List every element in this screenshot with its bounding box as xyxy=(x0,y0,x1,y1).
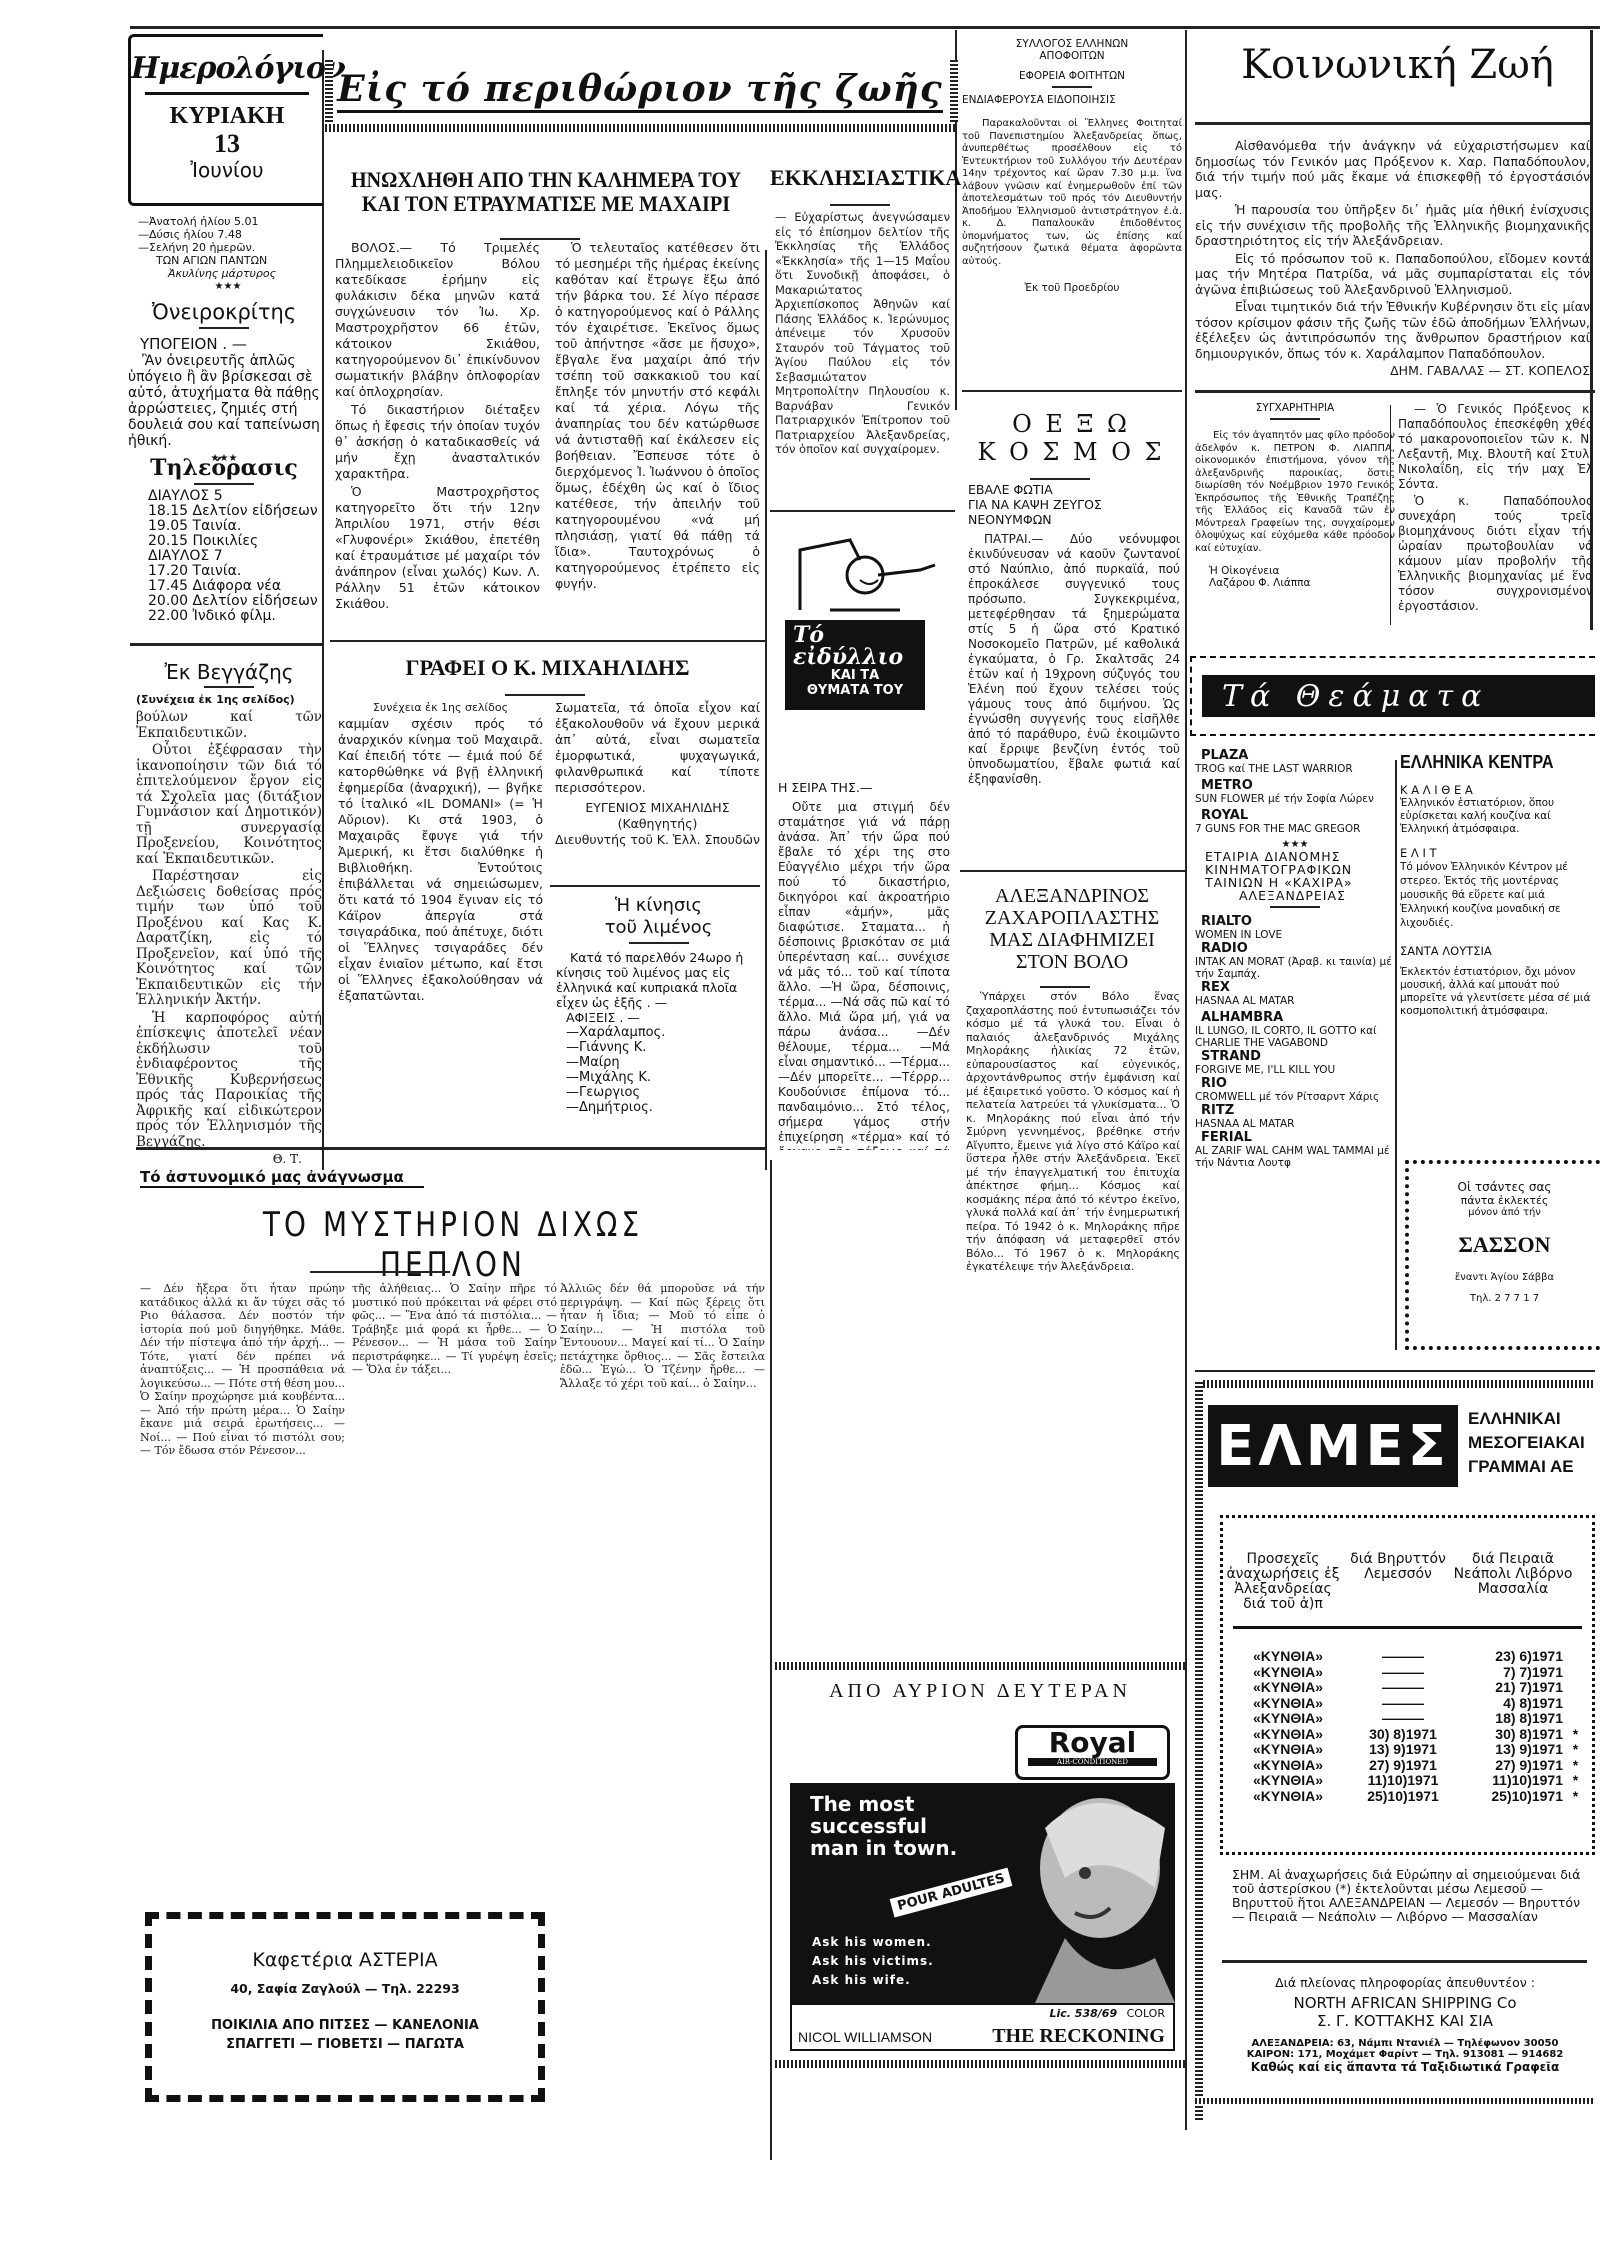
film-tagline: The most successful man in town. xyxy=(810,1793,957,1859)
outer-world-text: ΠΑΤΡΑΙ.— Δύο νεόνυμφοι ἐκινδύνευσαν νά κ… xyxy=(968,532,1180,787)
column-rule xyxy=(1390,405,1391,625)
org-name: ΣΥΛΛΟΓΟΣ ΕΛΛΗΝΩΝ ΑΠΟΦΟΙΤΩΝ xyxy=(962,38,1182,62)
congratulations: ΣΥΓΧΑΡΗΤΗΡΙΑ Εἰς τόν ἀγαπητόν μας φίλο π… xyxy=(1195,402,1395,589)
schedule-row: «ΚΥΝΘΙΑ»———21) 7)1971 xyxy=(1223,1680,1592,1696)
crime-serial-col1: — Δέν ἤξερα ὅτι ἦταν πρώην κατάδικος ἀλλ… xyxy=(140,1282,345,1902)
cinema-film: WOMEN IN LOVE xyxy=(1195,929,1395,941)
cinema-name: RITZ xyxy=(1195,1103,1395,1118)
crime-serial-col3: Ἀλλιῶς δέν θά μποροῦσε νά τήν περιγράψη.… xyxy=(560,1282,765,2062)
outer-world-title: Ο Ε Ξ Ω Κ Ο Σ Μ Ο Σ xyxy=(960,410,1182,466)
dream-section: Ὀνειροκρίτης ΥΠΟΓΕΙΟΝ . — Ἂν ὀνειρευτῆς … xyxy=(128,300,320,464)
shows-title: Τά Θεάματα xyxy=(1222,679,1489,714)
almanac-lines: —Ἀνατολή ἡλίου 5.01 —Δύσις ἡλίου 7.48 —Σ… xyxy=(138,215,318,293)
tv-title: Τηλεόρασις xyxy=(128,455,320,481)
cinema-film: CROMWELL μέ τόν Ρίτσαρντ Χάρις xyxy=(1195,1091,1395,1103)
signature: Ἐκ τοῦ Προεδρίου xyxy=(962,282,1182,294)
crime-serial-title: ΤΟ ΜΥΣΤΗΡΙΟΝ ΔΙΧΩΣ ΠΕΠΛΟΝ xyxy=(195,1205,712,1285)
schedule-row: «ΚΥΝΘΙΑ»27) 9)197127) 9)1971* xyxy=(1223,1758,1592,1774)
man-pointing-icon xyxy=(790,530,940,620)
divider xyxy=(960,870,1185,872)
distribution-company: ΕΤΑΙΡΙΑ ΔΙΑΝΟΜΗΣ ΚΙΝΗΜΑΤΟΓΡΑΦΙΚΩΝ ΤΑΙΝΙΩ… xyxy=(1195,850,1395,902)
column-rule xyxy=(1185,30,1187,2130)
crime-serial-kicker: Τό ἀστυνομικό μας ἀνάγνωσμα xyxy=(140,1168,424,1188)
calendar-box: Ημερολόγιον ΚΥΡΙΑΚΗ 13 Ἰουνίου xyxy=(128,34,323,206)
sasson-ad: Οἱ τσάντες σας πάντα ἐκλεκτές μόνον ἀπό … xyxy=(1405,1160,1600,1350)
divider xyxy=(1222,1960,1587,1963)
greek-centres: ΕΛΛΗΝΙΚΑ ΚΕΝΤΡΑ Κ Α Λ Ι Θ Ε Α Ἑλληνικόν … xyxy=(1400,752,1595,1018)
ship: —Χαράλαμπος. xyxy=(566,1025,761,1040)
confectioner-headline: ΑΛΕΞΑΝΔΡΙΝΟΣ ΖΑΧΑΡΟΠΛΑΣΤΗΣ ΜΑΣ ΔΙΑΦΗΜΙΖΕ… xyxy=(962,885,1182,973)
tv-listings: ΔΙΑΥΛΟΣ 5 18.15 Δελτίον εἰδήσεων 19.05 Τ… xyxy=(128,489,320,624)
tv-channel: ΔΙΑΥΛΟΣ 7 xyxy=(148,549,320,564)
calendar-day: ΚΥΡΙΑΚΗ xyxy=(131,103,323,130)
cinema-name: RIO xyxy=(1195,1076,1395,1091)
cinema-item: STRAND FORGIVE ME, I'LL KILL YOU xyxy=(1195,1049,1395,1076)
shipping-contact: Διά πλείονας πληροφορίας ἀπευθυντέον : N… xyxy=(1215,1975,1595,2074)
ad-border xyxy=(1195,2098,1595,2104)
royal-cinema-logo: Royal AIR-CONDITIONED xyxy=(1015,1725,1170,1780)
divider xyxy=(962,390,1182,392)
cinema-item: RIALTO WOMEN IN LOVE xyxy=(1195,914,1395,941)
social-life-title: Κοινωνική Ζωή xyxy=(1200,42,1595,88)
tv-section: Τηλεόρασις ΔΙΑΥΛΟΣ 5 18.15 Δελτίον εἰδήσ… xyxy=(128,455,320,624)
shows-banner: Τά Θεάματα xyxy=(1202,675,1595,717)
signature: Θ. Τ. xyxy=(136,1152,322,1166)
page-top-rule xyxy=(130,26,1600,29)
confectioner-text: Ὑπάρχει στόν Βόλο ἕνας ζαχαροπλάστης πού… xyxy=(966,990,1180,1640)
elmes-tagline: ΕΛΛΗΝΙΚΑΙ ΜΕΣΟΓΕΙΑΚΑΙ ΓΡΑΜΜΑΙ ΑΕ xyxy=(1468,1407,1598,1479)
cinema-item: ALHAMBRA IL LUNGO, IL CORTO, IL GOTTO κα… xyxy=(1195,1010,1395,1049)
cinema-item: RADIO INTAK AN MORAT (Ἀραβ. κι ταινία) μ… xyxy=(1195,941,1395,980)
idyll-banner: Τό εἰδύλλιο ΚΑΙ ΤΑ ΘΥΜΑΤΑ ΤΟΥ xyxy=(785,620,925,710)
section-banner-title: Εἰς τό περιθώριον τῆς ζωῆς xyxy=(337,68,942,113)
asteria-name: Καφετέρια ΑΣΤΕΡΙΑ xyxy=(152,1949,538,1971)
consul-visit: — Ὁ Γενικός Πρόξενος κ. Παπαδόπουλος ἐπε… xyxy=(1398,402,1593,616)
church-headline: ΕΚΚΛΗΣΙΑΣΤΙΚΑ xyxy=(770,165,950,191)
film-ad-banner: ΑΠΟ ΑΥΡΙΟΝ ΔΕΥΤΕΡΑΝ xyxy=(775,1680,1185,1703)
ship: —Γεωργιος xyxy=(566,1085,761,1100)
cinema-name: STRAND xyxy=(1195,1049,1395,1064)
film-star: NICOL WILLIAMSON xyxy=(798,2029,932,2045)
asteria-ad: Καφετέρια ΑΣΤΕΡΙΑ 40, Σαφία Ζαγλούλ — Τη… xyxy=(145,1912,545,2102)
tv-channel: ΔΙΑΥΛΟΣ 5 xyxy=(148,489,320,504)
schedule-note: ΣΗΜ. Αἱ ἀναχωρήσεις διά Εὐρώπην αἱ σημει… xyxy=(1232,1868,1587,1924)
divider xyxy=(130,643,322,646)
schedule-rows: «ΚΥΝΘΙΑ»———23) 6)1971 «ΚΥΝΘΙΑ»———7) 7)19… xyxy=(1223,1649,1592,1804)
schedule-row: «ΚΥΝΘΙΑ»———23) 6)1971 xyxy=(1223,1649,1592,1665)
dream-text: Ἂν ὀνειρευτῆς ἁπλῶς ὑπόγειο ἢ ἂν βρίσκεσ… xyxy=(128,353,320,449)
church-text: — Εὐχαρίστως ἀνεγνώσαμεν εἰς τό ἐπίσημον… xyxy=(775,210,950,457)
calendar-masthead: Ημερολόγιον xyxy=(131,51,323,86)
stars-divider: ★★★ xyxy=(138,280,318,293)
cinema-film: HASNAA AL MATAR xyxy=(1195,995,1395,1007)
cinema-item: PLAZA TROG καί THE LAST WARRIOR xyxy=(1195,748,1395,775)
divider xyxy=(1195,390,1595,393)
section-banner: Εἰς τό περιθώριον τῆς ζωῆς xyxy=(335,62,945,118)
schedule-header: Προσεχεῖς ἀναχωρήσεις ἐξ Ἀλεξανδρείας δι… xyxy=(1223,1552,1592,1612)
calendar-month: Ἰουνίου xyxy=(131,158,323,182)
cinema-film: SUN FLOWER μέ τήν Σοφία Λώρεν xyxy=(1195,793,1395,805)
ad-border xyxy=(1195,1380,1595,1388)
benghazi-title: Ἐκ Βεγγάζης xyxy=(136,660,322,684)
ship: —Γιάννης Κ. xyxy=(566,1040,761,1055)
signature: ΔΗΜ. ΓΑΒΑΛΑΣ — ΣΤ. ΚΟΠΕΛΟΣ xyxy=(1195,363,1590,379)
ship: —Δημήτριος. xyxy=(566,1100,761,1115)
cinema-film: HASNAA AL MATAR xyxy=(1195,1118,1395,1130)
schedule-row: «ΚΥΝΘΙΑ»———4) 8)1971 xyxy=(1223,1696,1592,1712)
cinema-name: PLAZA xyxy=(1195,748,1395,763)
cinema-name: ALHAMBRA xyxy=(1195,1010,1395,1025)
film-ad-poster: The most successful man in town. POUR AD… xyxy=(790,1783,1175,2003)
port-title: Ἡ κίνησις τοῦ λιμένος xyxy=(556,895,761,939)
ship: —Μιχάλης Κ. xyxy=(566,1070,761,1085)
film-asks: Ask his women. Ask his victims. Ask his … xyxy=(812,1933,934,1990)
license-number: Lic. 538/69 COLOR xyxy=(1050,2007,1166,2020)
ship-list: —Χαράλαμπος. —Γιάννης Κ. —Μαίρη —Μιχάλης… xyxy=(556,1025,761,1115)
cinema-name: FERIAL xyxy=(1195,1130,1395,1145)
column-rule xyxy=(1395,760,1397,1350)
ad-border xyxy=(775,1662,1185,1670)
sailing-schedule: Προσεχεῖς ἀναχωρήσεις ἐξ Ἀλεξανδρείας δι… xyxy=(1220,1515,1595,1855)
arrivals-label: ΑΦΙΞΕΙΣ . — xyxy=(556,1010,761,1025)
michailidis-col1: Συνέχεια ἐκ 1ης σελίδος καμμίαν σχέσιν π… xyxy=(338,700,543,1006)
column-rule xyxy=(322,50,324,1170)
knife-story-headline: ΗΝΩΧΛΗΘΗ ΑΠΟ ΤΗΝ ΚΑΛΗΜΕΡΑ ΤΟΥ ΚΑΙ ΤΟΝ ΕΤ… xyxy=(347,168,744,216)
crime-serial-col2: τῆς ἀλήθειας... Ὁ Σαίην πῆρε τό μυστικό … xyxy=(352,1282,557,1902)
cinema-item: RITZ HASNAA AL MATAR xyxy=(1195,1103,1395,1130)
port-movements: Ἡ κίνησις τοῦ λιμένος Κατά τό παρελθόν 2… xyxy=(556,895,761,1115)
cinema-item: REX HASNAA AL MATAR xyxy=(1195,980,1395,1007)
knife-story-col1: ΒΟΛΟΣ.— Τό Τριμελές Πλημμελειοδικεῖον Βό… xyxy=(335,240,540,614)
cinema-item: RIO CROMWELL μέ τόν Ρίτσαρντ Χάρις xyxy=(1195,1076,1395,1103)
alumni-notice: ΣΥΛΛΟΓΟΣ ΕΛΛΗΝΩΝ ΑΠΟΦΟΙΤΩΝ ΕΦΟΡΕΙΑ ΦΟΙΤΗ… xyxy=(962,38,1182,294)
social-life-text: Αἰσθανόμεθα τήν ἀνάγκην νά εὐχαριστήσωμε… xyxy=(1195,138,1590,379)
cinema-film: AL ZARIF WAL CAHM WAL TAMMAI μέ τήν Νάντ… xyxy=(1195,1145,1395,1169)
ship: —Μαίρη xyxy=(566,1055,761,1070)
cinema-name: ROYAL xyxy=(1195,808,1395,823)
schedule-row: «ΚΥΝΘΙΑ»———18) 8)1971 xyxy=(1223,1711,1592,1727)
schedule-row: «ΚΥΝΘΙΑ»———7) 7)1971 xyxy=(1223,1665,1592,1681)
column-rule xyxy=(770,1160,772,2160)
cartoon-illustration xyxy=(790,530,940,620)
schedule-row: «ΚΥΝΘΙΑ»13) 9)197113) 9)1971* xyxy=(1223,1742,1592,1758)
dream-keyword: ΥΠΟΓΕΙΟΝ . — xyxy=(128,335,320,353)
elmes-logo: ΕΛΜΕΣ xyxy=(1208,1405,1458,1487)
cinema-item: ROYAL 7 GUNS FOR THE MAC GREGOR xyxy=(1195,808,1395,835)
banner-border xyxy=(950,60,958,122)
centre-item: ΣΑΝΤΑ ΛΟΥΤΣΙΑ Ἐκλεκτόν ἑστιατόριον, ὄχι … xyxy=(1400,944,1595,1018)
cinema-name: METRO xyxy=(1195,778,1395,793)
cinema-film: TROG καί THE LAST WARRIOR xyxy=(1195,763,1395,775)
banner-border xyxy=(325,124,955,132)
ad-border xyxy=(1195,1380,1203,2120)
knife-story-col2: Ὁ τελευταῖος κατέθεσεν ὅτι τό μεσημέρι τ… xyxy=(555,240,760,594)
schedule-row: «ΚΥΝΘΙΑ»25)10)197125)10)1971* xyxy=(1223,1789,1592,1805)
idyll-heading: Η ΣΕΙΡΑ ΤΗΣ.— xyxy=(778,780,953,795)
cinema-film: IL LUNGO, IL CORTO, IL GOTTO καί CHARLIE… xyxy=(1195,1025,1395,1049)
benghazi-article: Ἐκ Βεγγάζης (Συνέχεια ἐκ 1ης σελίδος) βο… xyxy=(136,660,322,1166)
dream-title: Ὀνειροκρίτης xyxy=(128,300,320,324)
divider xyxy=(330,640,765,642)
rating-badge: POUR ADULTES xyxy=(890,1867,1013,1917)
cinema-listings: PLAZA TROG καί THE LAST WARRIOR METRO SU… xyxy=(1195,748,1395,1169)
divider xyxy=(1195,122,1590,125)
cinema-name: REX xyxy=(1195,980,1395,995)
continuation-note: (Συνέχεια ἐκ 1ης σελίδος) xyxy=(136,693,322,706)
film-title: THE RECKONING xyxy=(992,2025,1165,2048)
banner-border xyxy=(325,60,333,122)
divider xyxy=(136,1147,766,1150)
centre-item: Κ Α Λ Ι Θ Ε Α Ἑλληνικόν ἑστιατόριον, ὅπο… xyxy=(1400,783,1595,836)
divider xyxy=(770,510,955,512)
asteria-address: 40, Σαφία Ζαγλούλ — Τηλ. 22293 xyxy=(152,1981,538,1996)
idyll-text: Οὔτε μια στιγμή δέν σταμάτησε γιά νά πάρ… xyxy=(778,800,950,1150)
cinema-film: 7 GUNS FOR THE MAC GREGOR xyxy=(1195,823,1395,835)
shipping-company: NORTH AFRICAN SHIPPING Co xyxy=(1215,1994,1595,2012)
column-rule xyxy=(765,250,767,1170)
actor-portrait-icon xyxy=(1005,1788,1175,2003)
ad-border xyxy=(775,2060,1185,2068)
centre-item: Ε Λ Ι Τ Τό μόνον Ἑλληνικόν Κέντρον μέ στ… xyxy=(1400,846,1595,930)
michailidis-headline: ΓΡΑΦΕΙ Ο Κ. ΜΙΧΑΗΛΙΔΗΣ xyxy=(330,655,765,681)
schedule-row: «ΚΥΝΘΙΑ»11)10)197111)10)1971* xyxy=(1223,1773,1592,1789)
author-name: ΕΥΓΕΝΙΟΣ ΜΙΧΑΗΛΙΔΗΣ xyxy=(555,800,760,816)
cinema-name: RADIO xyxy=(1195,941,1395,956)
cinema-item: METRO SUN FLOWER μέ τήν Σοφία Λώρεν xyxy=(1195,778,1395,805)
schedule-row: «ΚΥΝΘΙΑ»30) 8)197130) 8)1971* xyxy=(1223,1727,1592,1743)
greek-centres-title: ΕΛΛΗΝΙΚΑ ΚΕΝΤΡΑ xyxy=(1400,752,1576,773)
cinema-film: FORGIVE ME, I'LL KILL YOU xyxy=(1195,1064,1395,1076)
cinema-film: INTAK AN MORAT (Ἀραβ. κι ταινία) μέ τήν … xyxy=(1195,956,1395,980)
sasson-brand: ΣΑΣΣΟΝ xyxy=(1409,1232,1600,1258)
divider xyxy=(1195,1370,1595,1372)
calendar-date: 13 xyxy=(131,130,323,158)
divider xyxy=(550,885,760,887)
cinema-item: FERIAL AL ZARIF WAL CAHM WAL TAMMAI μέ τ… xyxy=(1195,1130,1395,1169)
film-credits-bar: Lic. 538/69 COLOR NICOL WILLIAMSON THE R… xyxy=(790,2003,1175,2051)
michailidis-col2: Σωματεῖα, τά ὁποῖα εἶχον καί ἐξακολουθοῦ… xyxy=(555,700,760,848)
outer-world-headline: ΕΒΑΛΕ ΦΩΤΙΑ ΓΙΑ ΝΑ ΚΑΨΗ ΖΕΥΓΟΣ ΝΕΟΝΥΜΦΩΝ xyxy=(968,482,1178,527)
cinema-name: RIALTO xyxy=(1195,914,1395,929)
